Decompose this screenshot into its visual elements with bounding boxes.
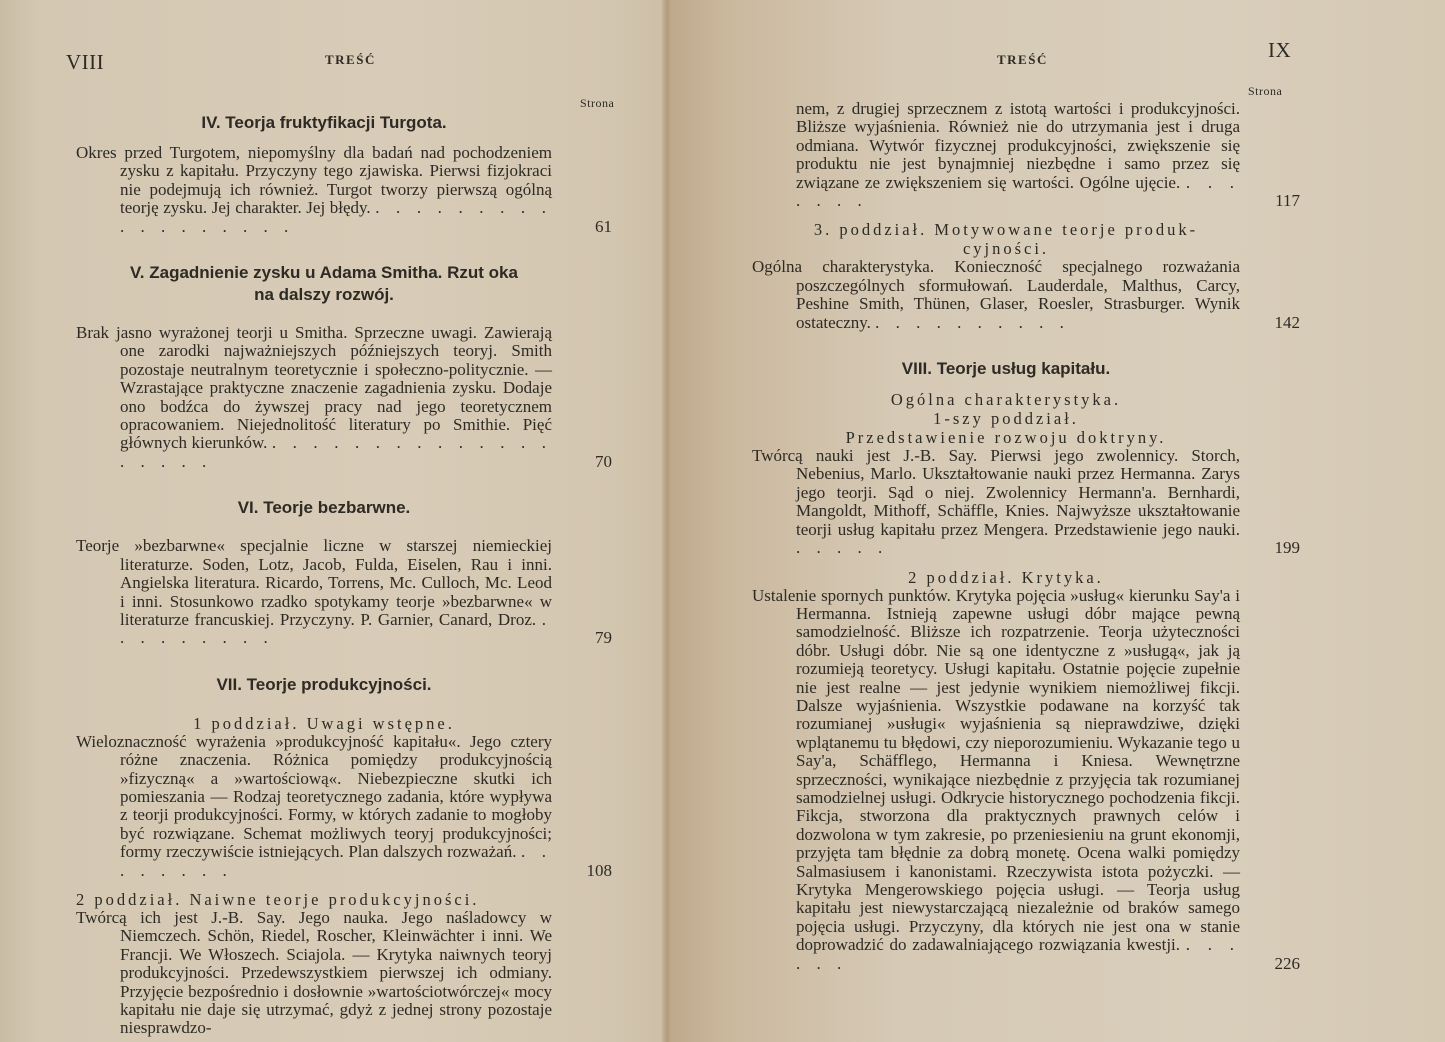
entry-text: Wieloznaczność wyrażenia »produkcyjność … — [76, 732, 552, 861]
chapter-viii-title: VIII. Teorje usług kapitału. — [752, 358, 1300, 380]
toc-entry-chapter-iv[interactable]: Okres przed Turgotem, niepomyślny dla ba… — [76, 144, 612, 236]
left-running-head: TREŚĆ — [325, 52, 376, 68]
left-strona-label: Strona — [580, 96, 614, 111]
toc-entry-vii-subdivision-2[interactable]: Twórcą ich jest J.-B. Say. Jego nauka. J… — [76, 909, 612, 1038]
subdivision-3-heading-line1: 3. poddział. Motywowane teorje produk- — [752, 220, 1300, 239]
right-toc: nem, z drugiej sprzecznem z istotą warto… — [752, 100, 1300, 973]
chapter-viii-sub1-label: 1-szy poddział. — [752, 409, 1300, 428]
toc-entry-vii-subdivision-1[interactable]: Wieloznaczność wyrażenia »produkcyjność … — [76, 733, 612, 880]
left-toc: IV. Teorja fruktyfikacji Turgota. Okres … — [76, 112, 612, 1038]
page-number: 108 — [566, 862, 612, 880]
right-strona-label: Strona — [1248, 84, 1282, 99]
page-number: 70 — [566, 453, 612, 471]
subdivision-3-heading-line2: cyjności. — [752, 239, 1300, 258]
chapter-viii-sub1-heading: Przedstawienie rozwoju doktryny. — [752, 428, 1300, 447]
page-number: 142 — [1254, 314, 1300, 332]
entry-text: nem, z drugiej sprzecznem z istotą warto… — [796, 99, 1240, 192]
chapter-vi-title: VI. Teorje bezbarwne. — [76, 497, 612, 519]
dot-leaders: . . . . . — [796, 538, 888, 557]
chapter-iv-title: IV. Teorja fruktyfikacji Turgota. — [76, 112, 612, 134]
toc-entry-viii-subdivision-1[interactable]: Twórcą nauki jest J.-B. Say. Pierwsi jeg… — [752, 447, 1300, 557]
left-folio: VIII — [66, 50, 104, 75]
subdivision-2-heading: 2 poddział. Naiwne teorje produkcyjności… — [76, 890, 612, 909]
toc-entry-viii-subdivision-2[interactable]: Ustalenie spornych punktów. Krytyka poję… — [752, 587, 1300, 974]
page-number: 199 — [1254, 539, 1300, 557]
toc-entry-chapter-v[interactable]: Brak jasno wyrażonej teorji u Smitha. Sp… — [76, 324, 612, 471]
page-number: 117 — [1254, 192, 1300, 210]
entry-text: Teorje »bezbarwne« specjalnie liczne w s… — [76, 536, 552, 629]
toc-entry-vii-subdivision-3[interactable]: Ogólna charakterystyka. Konieczność spec… — [752, 258, 1300, 332]
entry-text: Twórcą ich jest J.-B. Say. Jego nauka. J… — [76, 908, 552, 1037]
entry-text: Ustalenie spornych punktów. Krytyka poję… — [752, 586, 1240, 955]
right-folio: IX — [1268, 38, 1291, 63]
right-running-head: TREŚĆ — [997, 52, 1048, 68]
left-page: VIII TREŚĆ Strona IV. Teorja fruktyfikac… — [0, 0, 664, 1042]
chapter-viii-general-heading: Ogólna charakterystyka. — [752, 390, 1300, 409]
toc-entry-continuation[interactable]: nem, z drugiej sprzecznem z istotą warto… — [752, 100, 1300, 210]
page-number: 79 — [566, 629, 612, 647]
chapter-vii-title: VII. Teorje produkcyjności. — [76, 674, 612, 696]
entry-text: Twórcą nauki jest J.-B. Say. Pierwsi jeg… — [752, 446, 1240, 539]
chapter-v-title-line2: na dalszy rozwój. — [76, 284, 612, 306]
page-number: 61 — [566, 218, 612, 236]
dot-leaders: . . . . . . . . . . — [875, 313, 1070, 332]
toc-entry-chapter-vi[interactable]: Teorje »bezbarwne« specjalnie liczne w s… — [76, 537, 612, 647]
right-page: TREŚĆ IX Strona nem, z drugiej sprzeczne… — [670, 0, 1445, 1042]
page-number: 226 — [1254, 955, 1300, 973]
chapter-viii-sub2-heading: 2 poddział. Krytyka. — [752, 568, 1300, 587]
subdivision-1-heading: 1 poddział. Uwagi wstępne. — [76, 714, 612, 733]
chapter-v-title-line1: V. Zagadnienie zysku u Adama Smitha. Rzu… — [76, 262, 612, 284]
